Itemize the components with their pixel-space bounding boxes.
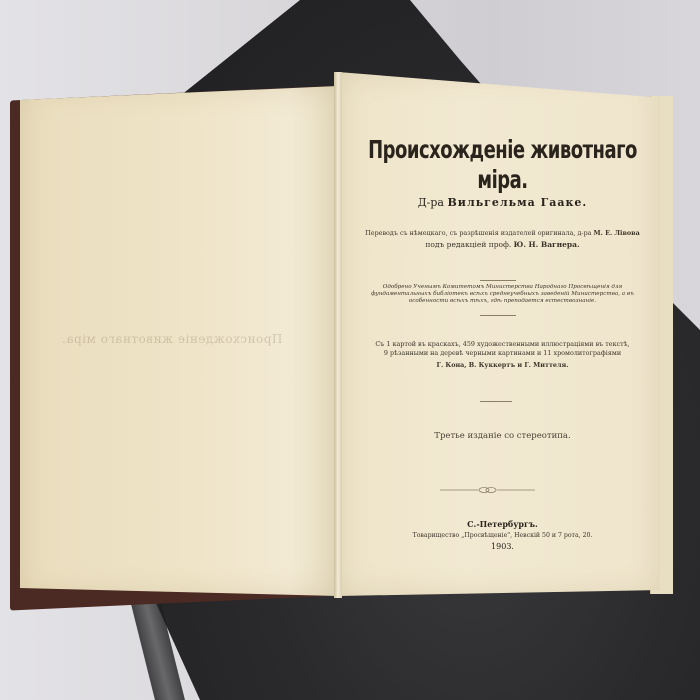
author-prefix: Д-ра [418,196,444,209]
bleed-through-text: Происхожденіе животнаго міра. [52,332,292,346]
illustrators: Г. Кона, В. Куккертъ и Г. Миттеля. [350,361,655,370]
book-title: Происхожденіе животнаго міра. [350,134,655,194]
publisher: Товарищество „Просвѣщеніе", Невскій 50 и… [350,531,655,540]
approval-note: Одобрено Ученымъ Комитетомъ Министерства… [365,284,640,305]
author-name: Вильгельма Гааке. [447,196,587,209]
illustrations-line-2: 9 рѣзанными на деревѣ черными картинами … [350,349,655,358]
publication-city: С.-Петербургъ. [350,519,655,529]
divider-rule [480,401,512,402]
ornament-divider-icon [440,486,535,494]
editor-prefix: подъ редакціей проф. [425,240,511,249]
translator-name: М. Е. Лівова [594,229,640,237]
translation-text: Переводъ съ нѣмецкаго, съ разрѣшенія изд… [365,229,591,237]
divider-rule [480,280,516,281]
edition-note: Третье изданіе со стереотипа. [350,431,655,441]
book-gutter [334,72,342,598]
publication-year: 1903. [350,542,655,551]
translation-credit: Переводъ съ нѣмецкаго, съ разрѣшенія изд… [350,229,655,249]
divider-rule [480,315,516,316]
author-line: Д-ра Вильгельма Гааке. [350,196,655,209]
illustrations-line-1: Съ 1 картой въ краскахъ, 459 художествен… [350,340,655,349]
illustrations-credit: Съ 1 картой въ краскахъ, 459 художествен… [350,340,655,370]
editor-name: Ю. Н. Вагнера. [514,240,580,249]
